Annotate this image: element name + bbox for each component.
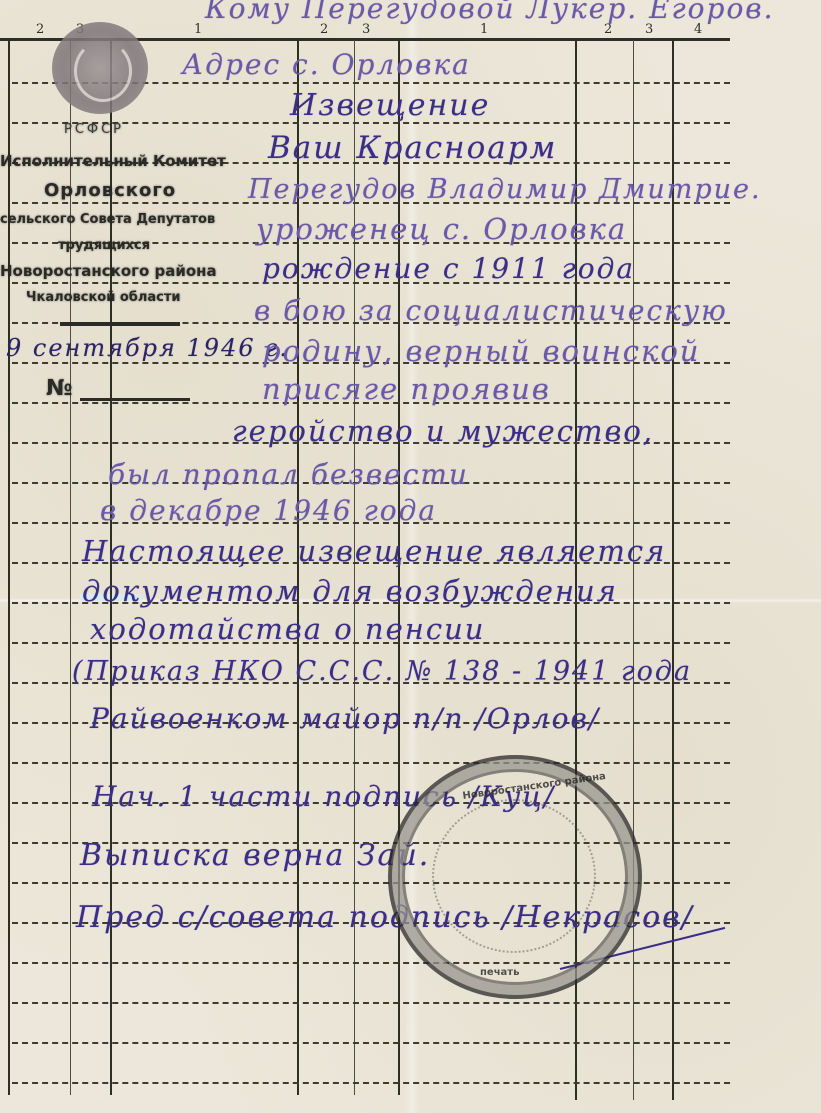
- extract-line: Выписка верна Зай.: [80, 838, 430, 873]
- ruled-line: [12, 962, 730, 964]
- body-line: в бою за социалистическую: [254, 294, 728, 327]
- header-line: Орловского: [44, 180, 176, 201]
- header-line: трудящихся: [58, 238, 150, 253]
- number-label: №: [46, 376, 72, 401]
- header-underline: [60, 322, 180, 326]
- status-line: был пропал безвести: [108, 458, 469, 491]
- seal-bottom-text: печать: [480, 967, 519, 978]
- header-line: сельского Совета Депутатов: [0, 212, 215, 227]
- body-line: присяге проявив: [262, 372, 551, 406]
- body-line: Ваш Красноарм: [268, 130, 557, 166]
- ussr-emblem-icon: [52, 22, 148, 114]
- issue-date: 9 сентября 1946 г.: [6, 334, 289, 362]
- column-number: 1: [194, 22, 202, 37]
- seal-outer-text: Новоростанского района: [462, 771, 607, 802]
- recipient-line: Кому Перегудовой Лукер. Егоров.: [205, 0, 775, 25]
- body-line: ходотайства о пенсии: [90, 612, 485, 646]
- notice-title: Извещение: [290, 88, 490, 123]
- commissar-line: Райвоенком майор п/п /Орлов/: [90, 702, 600, 735]
- header-line: Исполнительный Комитет: [0, 152, 226, 170]
- address-line: Адрес с. Орловка: [182, 48, 471, 81]
- header-line: Новоростанского района: [0, 262, 217, 280]
- number-underline: [80, 398, 190, 401]
- birth-year-line: рождение с 1911 года: [262, 252, 635, 285]
- soldier-name: Перегудов Владимир Дмитрие.: [248, 174, 762, 205]
- column-number: 2: [36, 22, 44, 37]
- date-missing-line: в декабре 1946 года: [100, 494, 437, 527]
- official-seal: Новоростанского района печать: [388, 755, 642, 999]
- body-line: геройство и мужество,: [232, 414, 654, 448]
- country-label: РСФСР: [64, 122, 124, 137]
- header-line: Чкаловской области: [26, 290, 181, 305]
- birthplace-line: уроженец с. Орловка: [256, 212, 627, 246]
- ruled-line: [12, 762, 730, 764]
- order-reference: (Приказ НКО С.С.С. № 138 - 1941 года: [72, 656, 692, 687]
- ruled-line: [12, 1002, 730, 1004]
- ruled-line: [12, 1082, 730, 1084]
- grid-vline: [8, 40, 10, 1095]
- ruled-line: [12, 1042, 730, 1044]
- body-line: родину, верный воинской: [262, 334, 700, 368]
- body-line: Настоящее извещение является: [82, 534, 666, 568]
- body-line: документом для возбуждения: [82, 574, 618, 608]
